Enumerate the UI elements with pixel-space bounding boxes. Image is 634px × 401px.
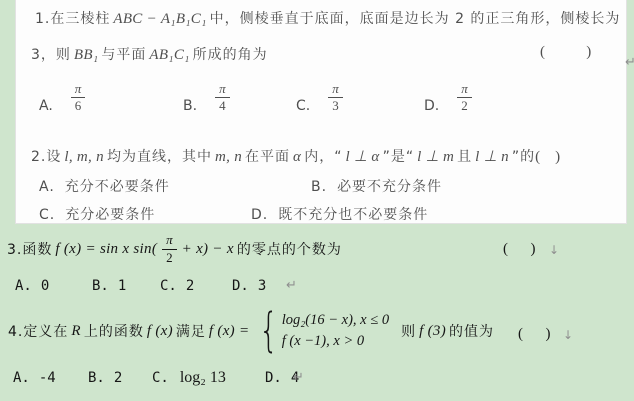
option-text: 充分必要条件 (65, 204, 155, 224)
q4-option-a: A. -4 (13, 370, 56, 386)
q4-stem-text: 满足 (176, 321, 206, 341)
piecewise-cases: log₂(16 − x), x ≤ 0 f (x −1), x > 0 (282, 312, 389, 350)
document-page: 1.在三棱柱 ABC − A₁B₁C₁ 中，侧棱垂直于底面，底面是边长为 2 的… (0, 0, 634, 401)
paragraph-return-icon: ↵ (625, 56, 634, 69)
option-label: A. (39, 179, 55, 195)
q4-function-notation: f (x) = (206, 323, 253, 340)
option-label: D. (232, 278, 249, 294)
q2-perp-notation: l ⊥ m (414, 147, 457, 166)
option-text: log₂ 13 (178, 369, 228, 387)
q3-function-notation: + x) − x (179, 241, 237, 258)
option-text: 既不充分也不必要条件 (278, 204, 428, 224)
q1-answer-bracket: ( ) (540, 44, 591, 61)
fraction-numerator: π (328, 82, 343, 98)
q2-stem-text: 均为直线，其中 (107, 146, 212, 166)
fraction-numerator: π (71, 82, 86, 98)
option-label: A. (15, 278, 32, 294)
q2-answer-bracket: ( ) (535, 149, 560, 166)
q3-option-d: D. 3 (232, 278, 266, 294)
q2-stem-line: 2.设 l, m, n 均为直线，其中 m, n 在平面 α 内，“ l ⊥ α… (31, 146, 560, 166)
q3-option-b: B. 1 (92, 278, 126, 294)
option-label: D. (424, 98, 439, 114)
q4-function-notation: f (x) (144, 323, 176, 340)
q3-answer-bracket: ( ) (503, 241, 536, 258)
q2-perp-notation: l ⊥ α (342, 147, 382, 166)
option-label: B. (88, 370, 105, 386)
fraction-denominator: 2 (461, 98, 468, 113)
embedded-image-panel: 1.在三棱柱 ABC − A₁B₁C₁ 中，侧棱垂直于底面，底面是边长为 2 的… (15, 0, 627, 224)
option-label: A. (13, 370, 30, 386)
option-label: C. (152, 370, 169, 386)
q2-plane-notation: α (290, 149, 304, 166)
q4-stem-text: 的值为 (449, 321, 494, 341)
q1-stem-line1: 1.在三棱柱 ABC − A₁B₁C₁ 中，侧棱垂直于底面，底面是边长为 2 的… (35, 8, 620, 28)
q1-edge-notation: BB₁ (71, 47, 101, 64)
fraction: π 4 (215, 82, 230, 114)
q3-stem-text: 3.函数 (7, 239, 52, 259)
q1-stem-text: 中，侧棱垂直于底面，底面是边长为 2 的正三角形，侧棱长为 (210, 8, 621, 28)
fraction-denominator: 4 (219, 98, 226, 113)
option-text: 2 (114, 370, 122, 386)
option-text: 0 (41, 278, 49, 294)
q3-option-c: C. 2 (160, 278, 194, 294)
piecewise-brace: { (260, 309, 279, 353)
q3-function-notation: f (x) = sin x sin( (52, 241, 160, 258)
q3-stem-text: 的零点的个数为 (237, 239, 342, 259)
option-text: 1 (118, 278, 126, 294)
fraction-numerator: π (457, 82, 472, 98)
q4-stem-text: 上的函数 (84, 321, 144, 341)
option-label: D. (265, 370, 282, 386)
q4-value-notation: f (3) (416, 323, 449, 340)
fraction-numerator: π (162, 233, 177, 249)
option-label: C. (160, 278, 177, 294)
fraction-denominator: 6 (75, 98, 82, 113)
line-break-icon: ↓ (563, 329, 573, 341)
q3-option-a: A. 0 (15, 278, 49, 294)
q1-prism-notation: ABC − A₁B₁C₁ (110, 11, 209, 28)
q2-perp-notation: l ⊥ n (472, 147, 512, 166)
fraction: π 3 (328, 82, 343, 114)
fraction: π 6 (71, 82, 86, 114)
q2-option-d: D. 既不充分也不必要条件 (251, 204, 428, 224)
q2-option-a: A. 充分不必要条件 (39, 176, 170, 196)
q1-option-b: B. π 4 (183, 82, 232, 114)
fraction-denominator: 2 (166, 250, 173, 265)
q2-lines-notation: l, m, n (61, 149, 107, 166)
q1-stem-text: 1.在三棱柱 (35, 8, 110, 28)
q4-stem-text: 则 (401, 321, 416, 341)
q4-answer-bracket: ( ) (518, 326, 551, 343)
q1-stem-line2: 3，则 BB₁ 与平面 AB₁C₁ 所成的角为 (31, 44, 268, 64)
option-label: B. (92, 278, 109, 294)
q2-stem-text: 且 (457, 146, 472, 166)
q4-stem-text: 4.定义在 (8, 321, 68, 341)
q4-stem-line: 4.定义在 R 上的函数 f (x) 满足 f (x) = { log₂(16 … (8, 302, 494, 360)
option-text: 充分不必要条件 (65, 176, 170, 196)
q1-stem-text: 所成的角为 (193, 44, 268, 64)
option-label: C. (39, 207, 55, 223)
q1-option-a: A. π 6 (39, 82, 87, 114)
q2-stem-text: ”是“ (383, 146, 415, 166)
q2-stem-text: 在平面 (245, 146, 290, 166)
paragraph-return-icon: ↵ (286, 279, 297, 292)
option-text: -4 (39, 370, 56, 386)
q2-lines-notation: m, n (212, 149, 245, 166)
fraction: π 2 (457, 82, 472, 114)
q1-plane-notation: AB₁C₁ (146, 47, 192, 64)
q2-stem-text: ”的 (512, 146, 535, 166)
piecewise-case-2: f (x −1), x > 0 (282, 333, 389, 350)
q3-stem-line: 3.函数 f (x) = sin x sin( π 2 + x) − x 的零点… (7, 229, 342, 269)
q1-stem-text: 与平面 (101, 44, 146, 64)
q4-option-b: B. 2 (88, 370, 122, 386)
piecewise-case-1: log₂(16 − x), x ≤ 0 (282, 312, 389, 329)
q2-stem-text: 2.设 (31, 146, 61, 166)
option-label: A. (39, 98, 53, 114)
q1-option-c: C. π 3 (296, 82, 345, 114)
fraction-denominator: 3 (332, 98, 339, 113)
fraction-numerator: π (215, 82, 230, 98)
fraction: π 2 (162, 233, 177, 265)
option-label: B. (311, 179, 327, 195)
q2-option-c: C. 充分必要条件 (39, 204, 155, 224)
q2-stem-text: 内，“ (304, 146, 342, 166)
option-label: B. (183, 98, 197, 114)
line-break-icon: ↓ (549, 244, 559, 256)
q4-reals-notation: R (68, 323, 83, 340)
option-label: C. (296, 98, 310, 114)
q1-stem-text: 3，则 (31, 44, 71, 64)
option-text: 必要不充分条件 (337, 176, 442, 196)
paragraph-return-icon: ↵ (293, 371, 304, 384)
q4-option-c: C. log₂ 13 (152, 369, 228, 387)
option-text: 2 (186, 278, 194, 294)
option-label: D. (251, 207, 268, 223)
option-text: 3 (258, 278, 266, 294)
q2-option-b: B. 必要不充分条件 (311, 176, 442, 196)
q1-option-d: D. π 2 (424, 82, 474, 114)
